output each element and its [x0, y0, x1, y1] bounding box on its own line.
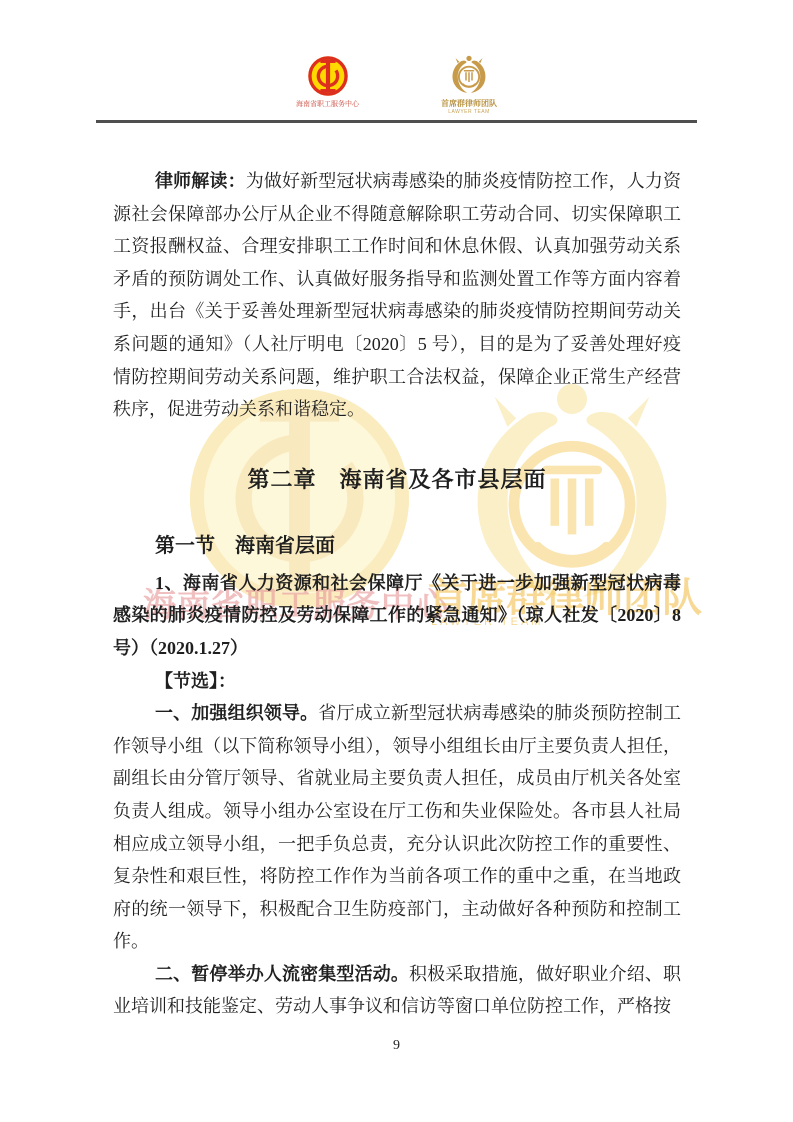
paragraph-lead-bold: 一、加强组织领导。	[155, 703, 318, 723]
header-logos-row: 海南省职工服务中心 首席群律师团队 LAWYER TEAM	[96, 55, 697, 116]
paragraph-text: 省厅成立新型冠状病毒感染的肺炎预防控制工作领导小组（以下简称领导小组），领导小组…	[113, 703, 681, 951]
paragraph-text: 为做好新型冠状病毒感染的肺炎疫情防控工作，人力资源社会保障部办公厅从企业不得随意…	[113, 171, 681, 419]
paragraph-item-1: 一、加强组织领导。省厅成立新型冠状病毒感染的肺炎预防控制工作领导小组（以下简称领…	[113, 697, 681, 958]
paragraph-lead-bold: 律师解读：	[155, 171, 246, 191]
document-page: 海南省职工服务中心 首席群律师团队 LAWYER TEAM 海南省职工服务中心	[0, 0, 793, 1122]
paragraph-lawyer-interpretation: 律师解读：为做好新型冠状病毒感染的肺炎疫情防控工作，人力资源社会保障部办公厅从企…	[113, 165, 681, 426]
section-title: 第一节 海南省层面	[113, 530, 681, 563]
excerpt-label: 【节选】：	[113, 665, 681, 698]
union-logo-label: 海南省职工服务中心	[296, 99, 359, 109]
page-number: 9	[0, 1038, 793, 1054]
union-logo-icon	[307, 55, 349, 97]
paragraph-item-2: 二、暂停举办人流密集型活动。积极采取措施，做好职业介绍、职业培训和技能鉴定、劳动…	[113, 958, 681, 1023]
lawyer-logo-block: 首席群律师团队 LAWYER TEAM	[441, 55, 497, 115]
document-body: 律师解读：为做好新型冠状病毒感染的肺炎疫情防控工作，人力资源社会保障部办公厅从企…	[113, 165, 681, 1023]
document-item-title: 1、海南省人力资源和社会保障厅《关于进一步加强新型冠状病毒感染的肺炎疫情防控及劳…	[113, 567, 681, 665]
page-header: 海南省职工服务中心 首席群律师团队 LAWYER TEAM	[96, 0, 697, 123]
lawyer-logo-label-en: LAWYER TEAM	[448, 109, 490, 115]
union-logo-block: 海南省职工服务中心	[296, 55, 359, 109]
chapter-title: 第二章 海南省及各市县层面	[113, 460, 681, 500]
paragraph-lead-bold: 二、暂停举办人流密集型活动。	[155, 964, 409, 984]
lawyer-logo-icon	[446, 55, 492, 97]
lawyer-logo-label: 首席群律师团队	[441, 98, 497, 109]
